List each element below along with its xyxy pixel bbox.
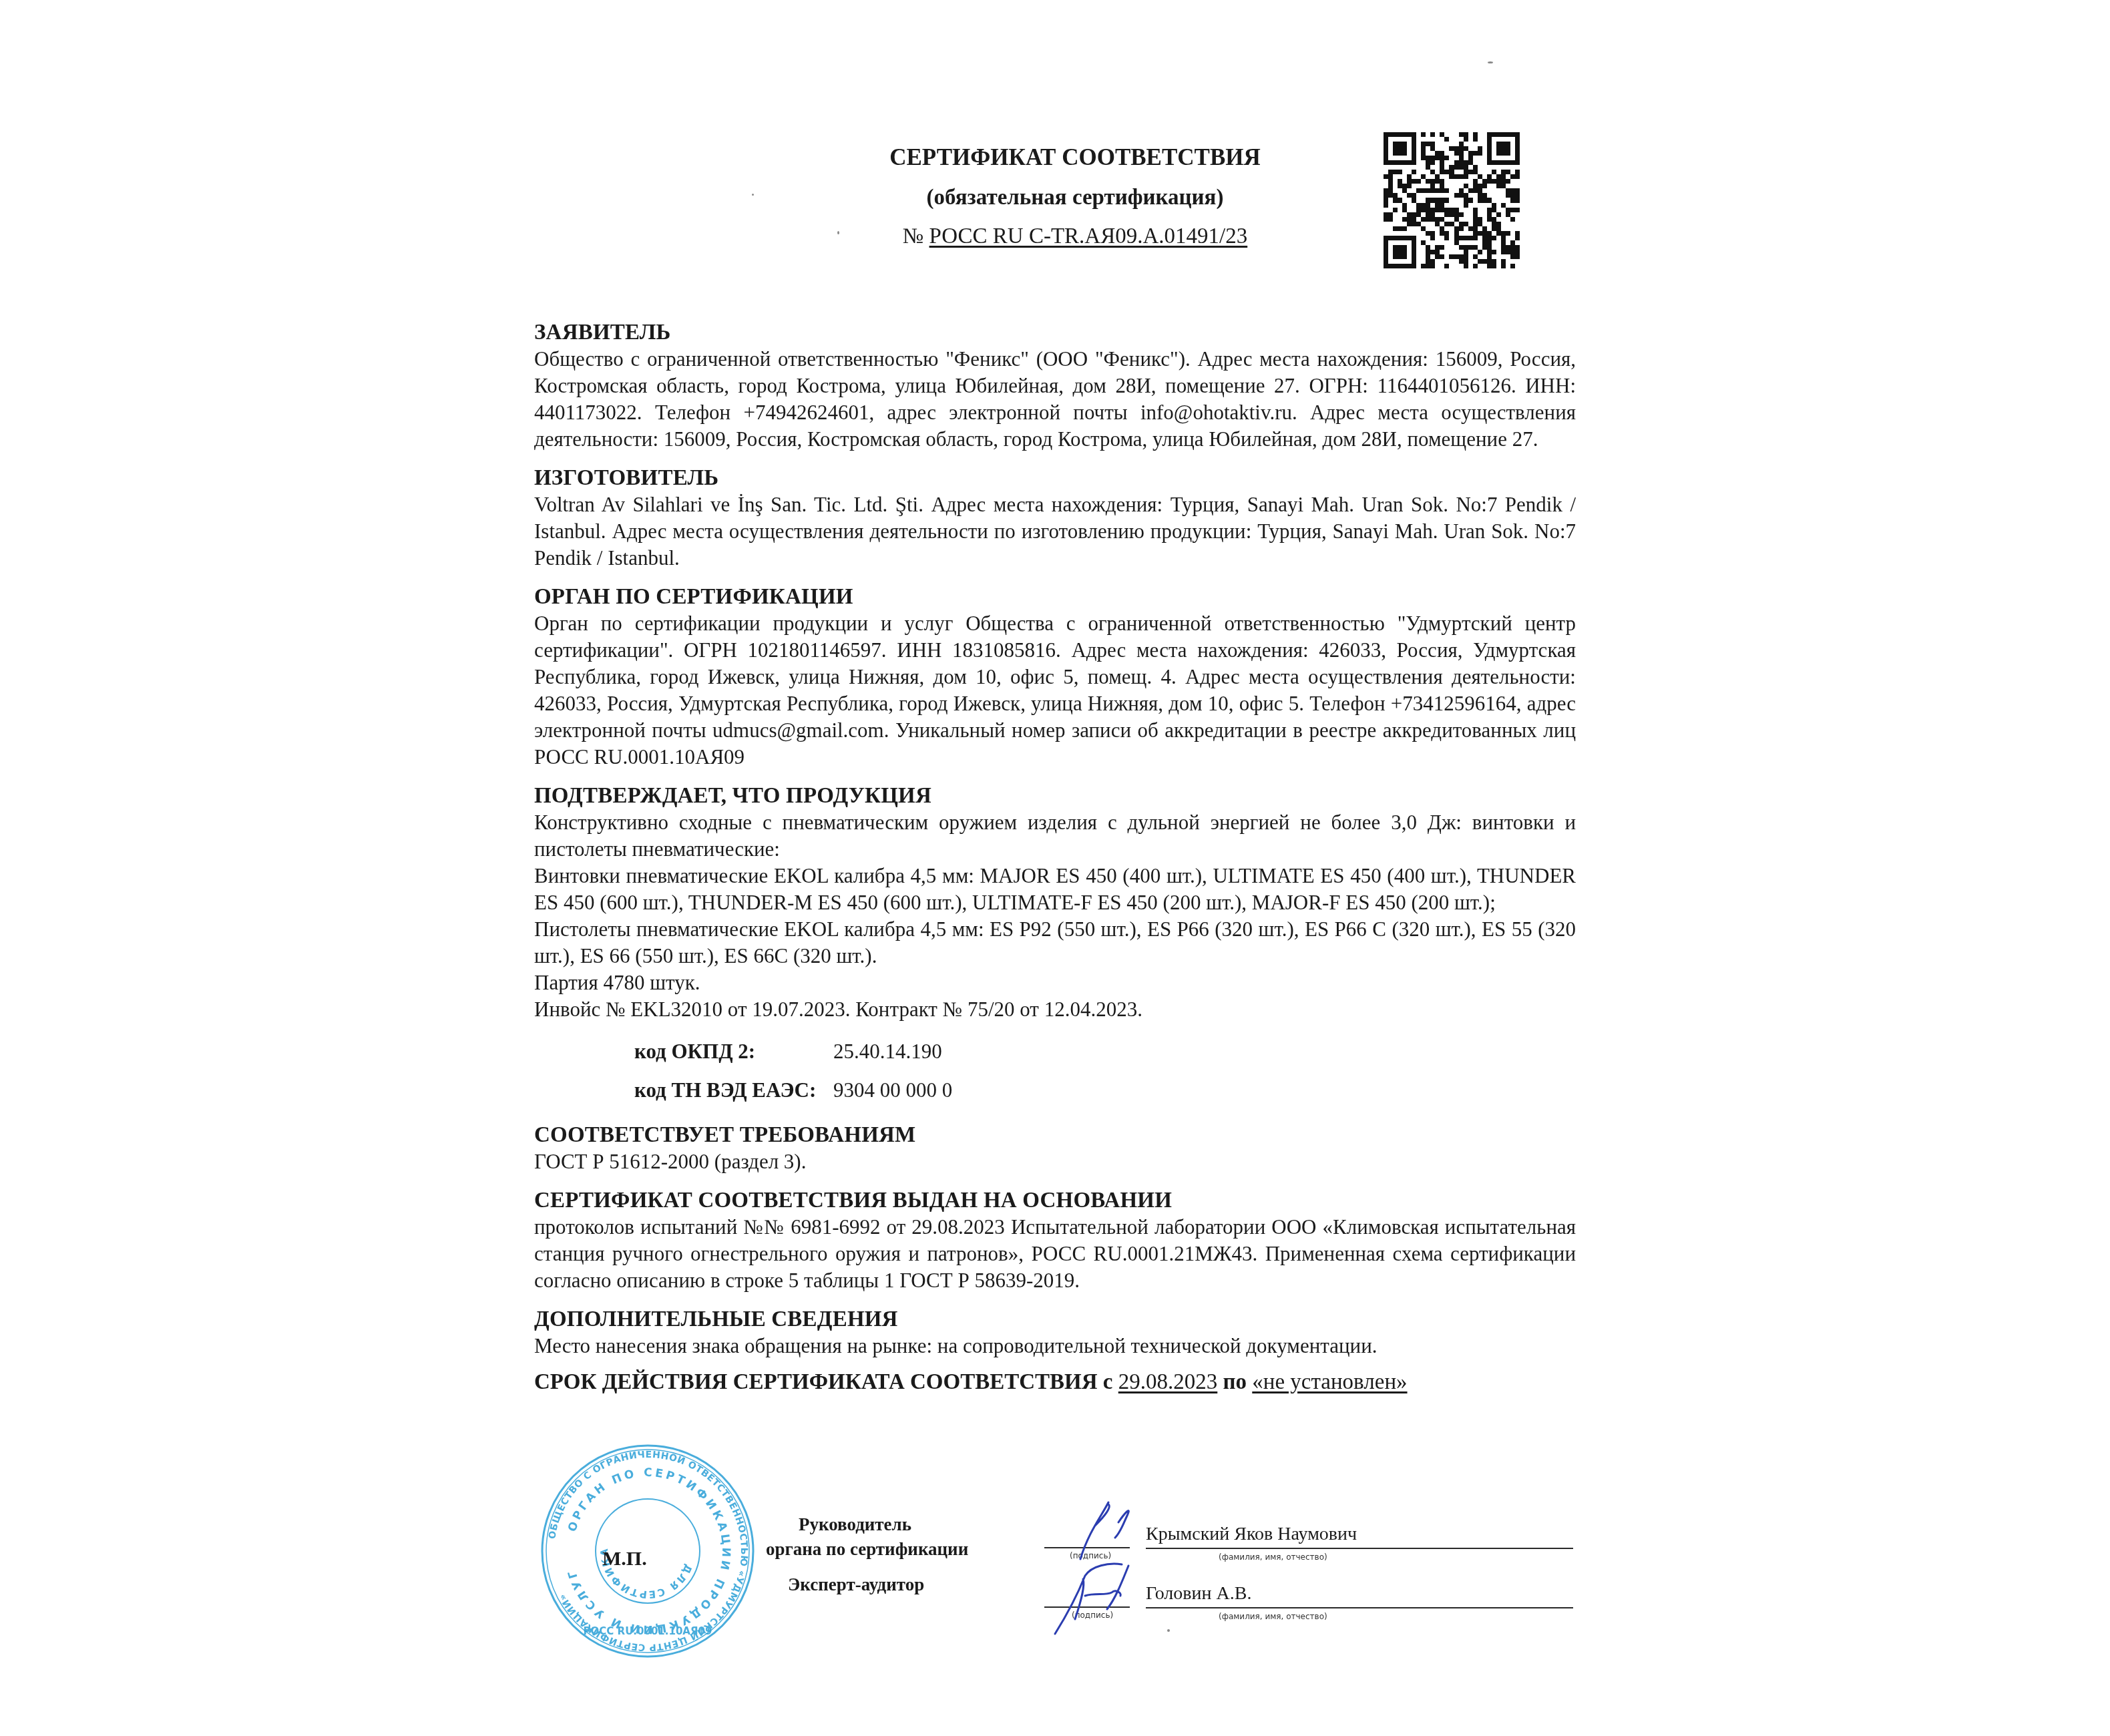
scan-speck (752, 194, 754, 196)
code-value: 9304 00 000 0 (833, 1071, 952, 1110)
document-title: СЕРТИФИКАТ СООТВЕТСТВИЯ (775, 144, 1376, 171)
auditor-name-line (1146, 1607, 1573, 1608)
section-text: Общество с ограниченной ответственностью… (534, 346, 1576, 453)
certificate-page: СЕРТИФИКАТ СООТВЕТСТВИЯ (обязательная се… (0, 0, 2110, 1736)
scan-speck (1488, 61, 1493, 63)
auditor-signature-icon (1048, 1559, 1148, 1639)
section-text: Voltran Av Silahlari ve İnş San. Tic. Lt… (534, 491, 1576, 572)
auditor-role-label: Эксперт-аудитор (788, 1574, 924, 1595)
qr-code-icon (1384, 132, 1520, 268)
code-row-okpd: код ОКПД 2: 25.40.14.190 (634, 1032, 1576, 1071)
section-heading: ДОПОЛНИТЕЛЬНЫЕ СВЕДЕНИЯ (534, 1306, 1576, 1333)
svg-text:ОРГАН ПО СЕРТИФИКАЦИИ ПРОДУКЦИ: ОРГАН ПО СЕРТИФИКАЦИИ ПРОДУКЦИИ И УСЛУГ (565, 1466, 732, 1636)
svg-text:ОБЩЕСТВО С ОГРАНИЧЕННОЙ ОТВЕТС: ОБЩЕСТВО С ОГРАНИЧЕННОЙ ОТВЕТСТВЕННОСТЬЮ… (547, 1450, 749, 1653)
official-stamp-icon: ОБЩЕСТВО С ОГРАНИЧЕННОЙ ОТВЕТСТВЕННОСТЬЮ… (538, 1441, 758, 1661)
stamp-place-mark: М.П. (602, 1548, 647, 1570)
section-additional: ДОПОЛНИТЕЛЬНЫЕ СВЕДЕНИЯ Место нанесения … (534, 1306, 1576, 1359)
head-name-line (1146, 1548, 1573, 1549)
svg-text:РОСС RU.0001.10АЯ09: РОСС RU.0001.10АЯ09 (584, 1625, 712, 1637)
section-text: Орган по сертификации продукции и услуг … (534, 610, 1576, 771)
number-value: РОСС RU С-TR.АЯ09.А.01491/23 (929, 224, 1248, 248)
product-codes: код ОКПД 2: 25.40.14.190 код ТН ВЭД ЕАЭС… (634, 1032, 1576, 1110)
section-heading: ЗАЯВИТЕЛЬ (534, 319, 1576, 346)
product-line: Пистолеты пневматические EKOL калибра 4,… (534, 916, 1576, 969)
section-manufacturer: ИЗГОТОВИТЕЛЬ Voltran Av Silahlari ve İnş… (534, 465, 1576, 572)
section-applicant: ЗАЯВИТЕЛЬ Общество с ограниченной ответс… (534, 319, 1576, 453)
code-label: код ТН ВЭД ЕАЭС: (634, 1071, 833, 1110)
section-heading: СЕРТИФИКАТ СООТВЕТСТВИЯ ВЫДАН НА ОСНОВАН… (534, 1187, 1576, 1214)
head-role-label: Руководитель (799, 1514, 911, 1535)
validity-to-date: «не установлен» (1252, 1370, 1407, 1394)
certificate-body: ЗАЯВИТЕЛЬ Общество с ограниченной ответс… (534, 319, 1576, 1395)
product-line: Винтовки пневматические EKOL калибра 4,5… (534, 863, 1576, 916)
section-basis: СЕРТИФИКАТ СООТВЕТСТВИЯ ВЫДАН НА ОСНОВАН… (534, 1187, 1576, 1294)
section-heading: ОРГАН ПО СЕРТИФИКАЦИИ (534, 584, 1576, 610)
section-text: Место нанесения знака обращения на рынке… (534, 1333, 1576, 1359)
name-caption: (фамилия, имя, отчество) (1219, 1552, 1327, 1562)
product-line: Инвойс № EKL32010 от 19.07.2023. Контрак… (534, 996, 1576, 1023)
name-caption: (фамилия, имя, отчество) (1219, 1612, 1327, 1621)
section-heading: ИЗГОТОВИТЕЛЬ (534, 465, 1576, 491)
validity-period: СРОК ДЕЙСТВИЯ СЕРТИФИКАТА СООТВЕТСТВИЯ с… (534, 1369, 1576, 1395)
scan-speck (837, 231, 839, 234)
section-requirements: СООТВЕТСТВУЕТ ТРЕБОВАНИЯМ ГОСТ Р 51612-2… (534, 1122, 1576, 1175)
product-line: Конструктивно сходные с пневматическим о… (534, 809, 1576, 863)
section-product: ПОДТВЕРЖДАЕТ, ЧТО ПРОДУКЦИЯ Конструктивн… (534, 783, 1576, 1110)
validity-label: СРОК ДЕЙСТВИЯ СЕРТИФИКАТА СООТВЕТСТВИЯ (534, 1370, 1098, 1394)
head-name: Крымский Яков Наумович (1146, 1524, 1357, 1545)
number-prefix: № (903, 224, 924, 248)
certificate-number: № РОСС RU С-TR.АЯ09.А.01491/23 (775, 224, 1376, 249)
product-line: Партия 4780 штук. (534, 969, 1576, 996)
section-text: протоколов испытаний №№ 6981-6992 от 29.… (534, 1214, 1576, 1294)
code-row-tnved: код ТН ВЭД ЕАЭС: 9304 00 000 0 (634, 1071, 1576, 1110)
section-heading: СООТВЕТСТВУЕТ ТРЕБОВАНИЯМ (534, 1122, 1576, 1148)
section-heading: ПОДТВЕРЖДАЕТ, ЧТО ПРОДУКЦИЯ (534, 783, 1576, 809)
section-certification-body: ОРГАН ПО СЕРТИФИКАЦИИ Орган по сертифика… (534, 584, 1576, 771)
validity-from-date: 29.08.2023 (1118, 1370, 1218, 1394)
head-role-label-line2: органа по сертификации (766, 1539, 968, 1560)
auditor-name: Головин А.В. (1146, 1583, 1251, 1604)
document-subtitle: (обязательная сертификация) (775, 186, 1376, 210)
code-value: 25.40.14.190 (833, 1032, 942, 1071)
scan-speck (1167, 1629, 1170, 1632)
code-label: код ОКПД 2: (634, 1032, 833, 1071)
section-text: ГОСТ Р 51612-2000 (раздел 3). (534, 1148, 1576, 1175)
